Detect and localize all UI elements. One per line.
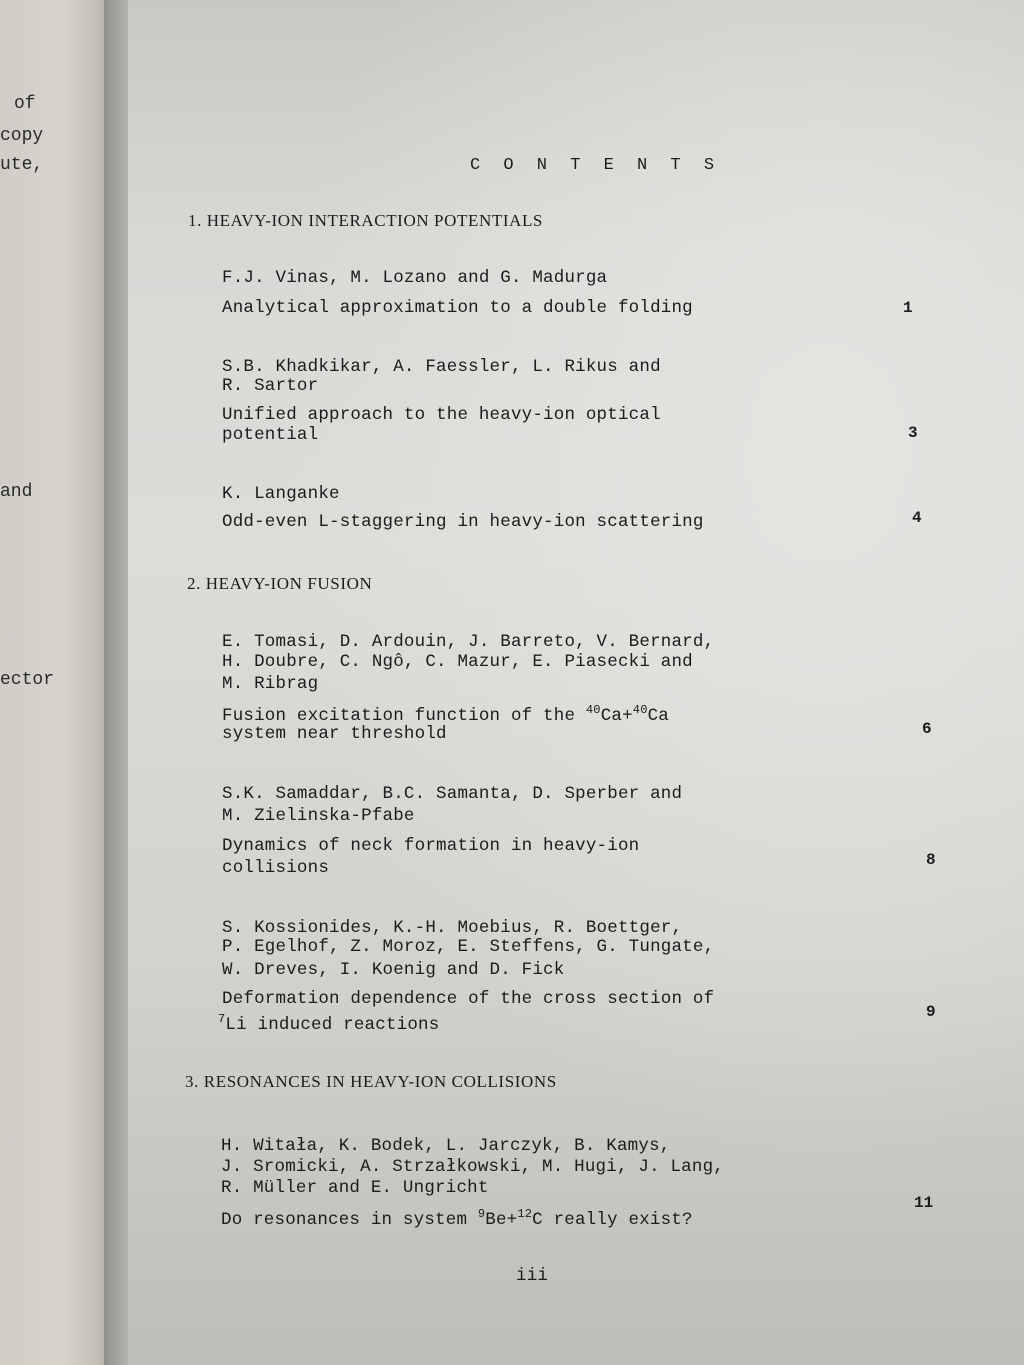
entry-title: Deformation dependence of the cross sect… (222, 989, 714, 1009)
entry-authors: S.K. Samaddar, B.C. Samanta, D. Sperber … (222, 784, 682, 804)
entry-page-number: 3 (908, 424, 918, 442)
entry-title-text: Li induced reactions (225, 1015, 439, 1035)
entry-title: collisions (222, 858, 329, 878)
entry-title: Odd-even L-staggering in heavy-ion scatt… (222, 512, 704, 532)
book-gutter (104, 0, 128, 1365)
entry-authors: P. Egelhof, Z. Moroz, E. Steffens, G. Tu… (222, 937, 714, 957)
entry-title: 7Li induced reactions (218, 1012, 439, 1035)
entry-authors: W. Dreves, I. Koenig and D. Fick (222, 960, 564, 980)
section-heading: 3. RESONANCES IN HEAVY-ION COLLISIONS (185, 1072, 557, 1092)
entry-authors: M. Ribrag (222, 674, 318, 694)
margin-fragment: ector (0, 670, 54, 690)
entry-page-number: 9 (926, 1003, 936, 1021)
entry-page-number: 1 (903, 299, 913, 317)
folio-page-number: iii (516, 1266, 548, 1286)
element-symbol: C (532, 1210, 543, 1230)
entry-authors: F.J. Vinas, M. Lozano and G. Madurga (222, 268, 607, 288)
mass-number: 40 (586, 703, 601, 717)
entry-title: Do resonances in system 9Be+12C really e… (221, 1207, 693, 1230)
entry-title-text: Do resonances in system (221, 1210, 467, 1230)
entry-authors: M. Zielinska-Pfabe (222, 806, 415, 826)
element-symbol: Ca+ (601, 706, 633, 726)
entry-title-text: really exist? (554, 1210, 693, 1230)
page-title: C O N T E N T S (470, 156, 721, 175)
section-heading: 2. HEAVY-ION FUSION (187, 574, 372, 594)
element-symbol: Ca (648, 706, 669, 726)
entry-page-number: 8 (926, 851, 936, 869)
entry-title: potential (222, 425, 318, 445)
entry-authors: R. Müller and E. Ungricht (221, 1178, 489, 1198)
entry-title: system near threshold (222, 724, 447, 744)
entry-page-number: 4 (912, 509, 922, 527)
entry-authors: R. Sartor (222, 376, 318, 396)
element-symbol: Be+ (485, 1210, 517, 1230)
entry-title: Fusion excitation function of the 40Ca+4… (222, 703, 669, 726)
entry-authors: H. Doubre, C. Ngô, C. Mazur, E. Piasecki… (222, 652, 693, 672)
mass-number: 12 (517, 1207, 532, 1221)
entry-page-number: 6 (922, 720, 932, 738)
entry-authors: J. Sromicki, A. Strzałkowski, M. Hugi, J… (221, 1157, 724, 1177)
entry-title: Unified approach to the heavy-ion optica… (222, 405, 661, 425)
margin-fragment: ute, (0, 155, 43, 175)
margin-fragment: of (14, 94, 36, 114)
section-heading: 1. HEAVY-ION INTERACTION POTENTIALS (188, 211, 543, 231)
left-facing-page: of copy ute, and ector (0, 0, 104, 1365)
mass-number: 40 (633, 703, 648, 717)
entry-authors: S. Kossionides, K.-H. Moebius, R. Boettg… (222, 918, 682, 938)
entry-authors: E. Tomasi, D. Ardouin, J. Barreto, V. Be… (222, 632, 714, 652)
entry-authors: S.B. Khadkikar, A. Faessler, L. Rikus an… (222, 357, 661, 377)
entry-authors: K. Langanke (222, 484, 340, 504)
entry-title: Dynamics of neck formation in heavy-ion (222, 836, 639, 856)
margin-fragment: copy (0, 126, 43, 146)
entry-page-number: 11 (914, 1194, 933, 1212)
entry-title: Analytical approximation to a double fol… (222, 298, 693, 318)
entry-title-text: Fusion excitation function of the (222, 706, 575, 726)
entry-authors: H. Witała, K. Bodek, L. Jarczyk, B. Kamy… (221, 1136, 670, 1156)
margin-fragment: and (0, 482, 32, 502)
